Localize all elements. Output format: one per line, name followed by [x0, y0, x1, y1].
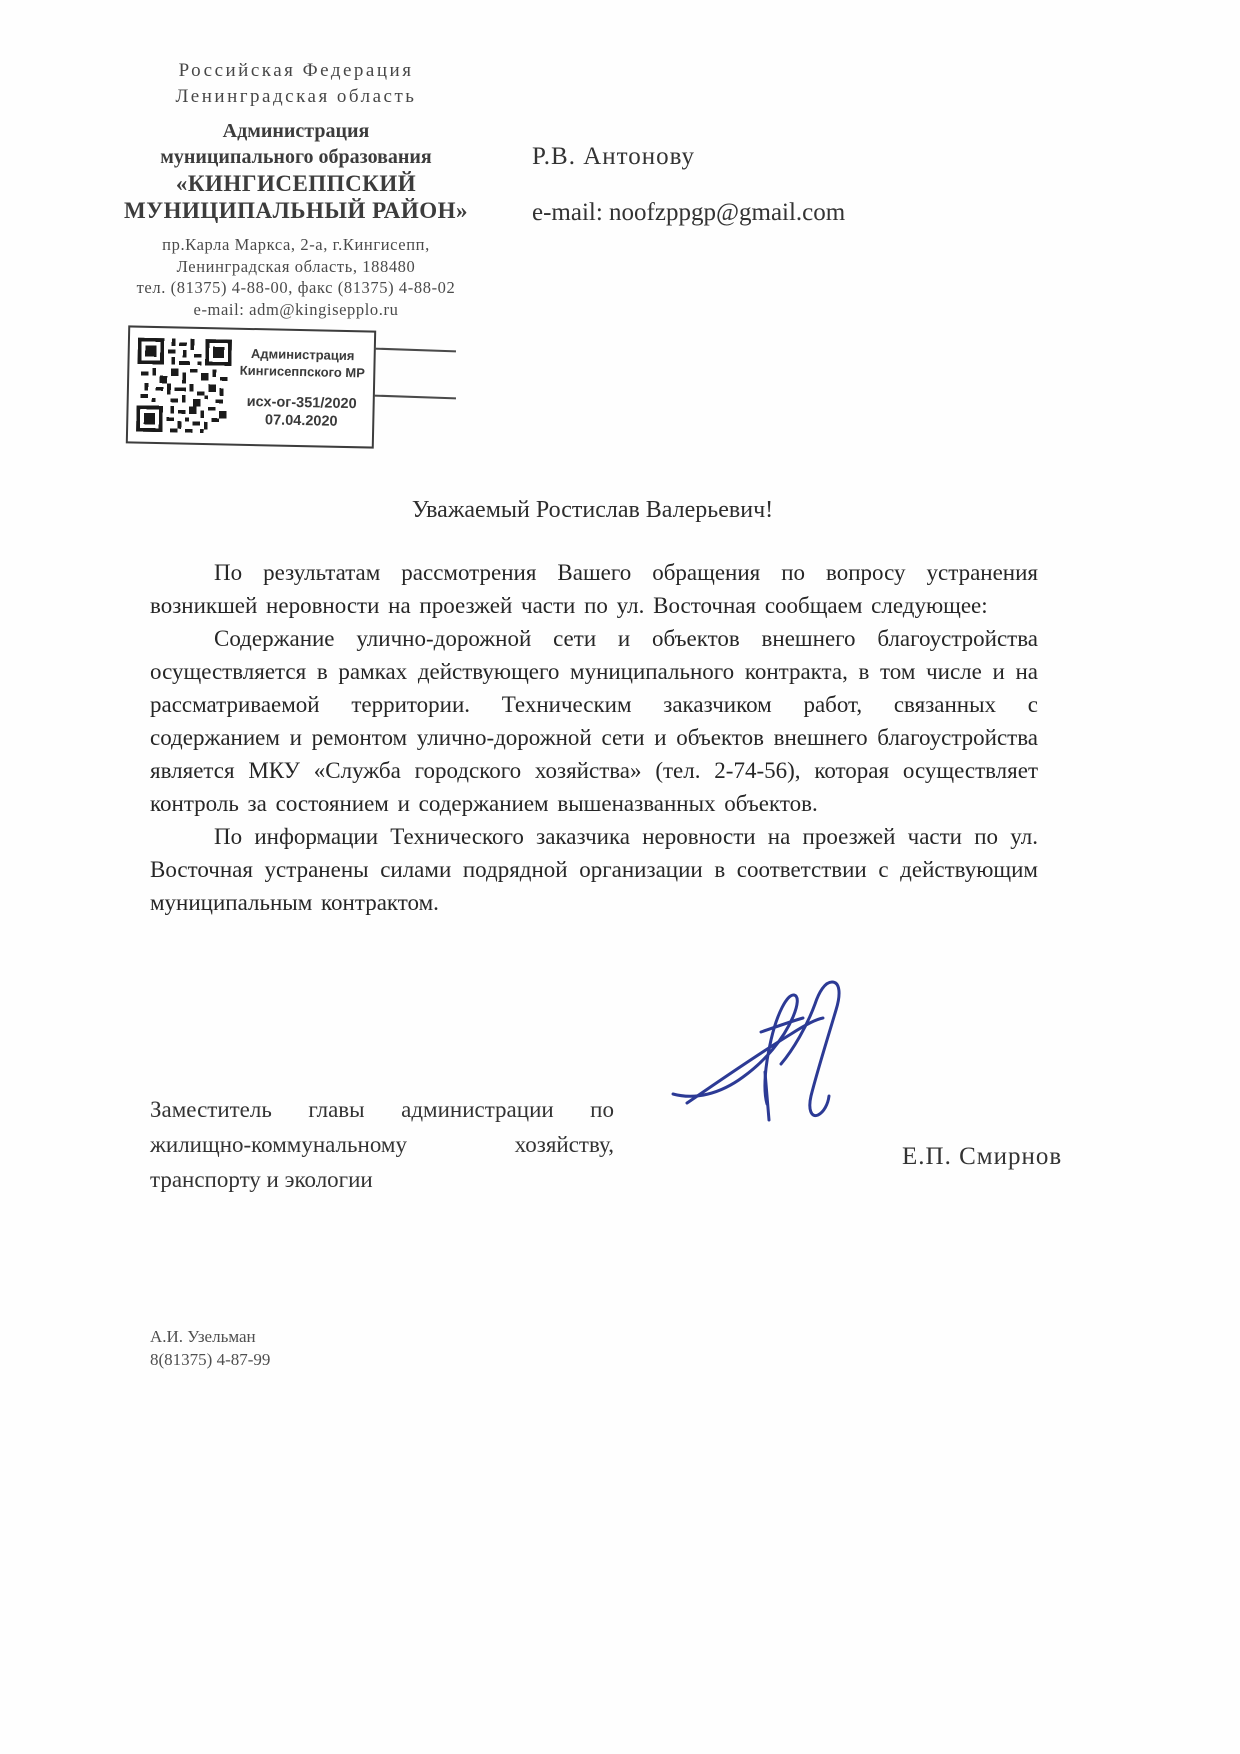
org-line-2: муниципального образования — [110, 144, 482, 170]
stamp-ruled-line-1 — [374, 348, 456, 353]
handwritten-signature — [665, 972, 870, 1122]
salutation: Уважаемый Ростислав Валерьевич! — [150, 497, 1035, 524]
letter-body: По результатам рассмотрения Вашего обращ… — [150, 556, 1038, 919]
letterhead-organization: Администрация муниципального образования… — [110, 118, 482, 224]
body-paragraph-1: По результатам рассмотрения Вашего обращ… — [150, 556, 1038, 622]
recipient-email: e-mail: noofzppgp@gmail.com — [532, 199, 845, 227]
registration-stamp: Администрация Кингисеппского МР исх-ог-3… — [126, 325, 376, 448]
executor-phone: 8(81375) 4-87-99 — [150, 1348, 270, 1371]
executor-block: А.И. Узельман 8(81375) 4-87-99 — [150, 1325, 270, 1371]
address-email: e-mail: adm@kingisepplo.ru — [110, 299, 482, 321]
qr-code-icon — [136, 338, 232, 434]
scanned-letter-page: Российская Федерация Ленинградская облас… — [0, 0, 1240, 1754]
body-paragraph-3: По информации Технического заказчика нер… — [150, 820, 1038, 919]
executor-name: А.И. Узельман — [150, 1325, 270, 1348]
signer-name: Е.П. Смирнов — [902, 1143, 1062, 1171]
letterhead-country-region: Российская Федерация Ленинградская облас… — [128, 58, 464, 110]
body-paragraph-2: Содержание улично-дорожной сети и объект… — [150, 622, 1038, 820]
stamp-text: Администрация Кингисеппского МР исх-ог-3… — [230, 345, 374, 432]
signer-title: Заместитель главы администрации по жилищ… — [150, 1092, 614, 1197]
letterhead-region: Ленинградская область — [128, 84, 464, 110]
letterhead-federation: Российская Федерация — [128, 58, 464, 84]
stamp-date: 07.04.2020 — [230, 411, 372, 432]
address-phone-fax: тел. (81375) 4-88-00, факс (81375) 4-88-… — [110, 277, 482, 299]
stamp-outgoing-number: исх-ог-351/2020 — [231, 393, 373, 414]
address-region-zip: Ленинградская область, 188480 — [110, 256, 482, 278]
letterhead-address: пр.Карла Маркса, 2-а, г.Кингисепп, Ленин… — [110, 234, 482, 320]
org-line-4: МУНИЦИПАЛЬНЫЙ РАЙОН» — [110, 197, 482, 224]
stamp-org-line2: Кингисеппского МР — [231, 362, 373, 382]
org-line-3: «КИНГИСЕППСКИЙ — [110, 170, 482, 197]
recipient-name: Р.В. Антонову — [532, 143, 695, 171]
org-line-1: Администрация — [110, 118, 482, 144]
address-street: пр.Карла Маркса, 2-а, г.Кингисепп, — [110, 234, 482, 256]
stamp-ruled-line-2 — [374, 395, 456, 400]
